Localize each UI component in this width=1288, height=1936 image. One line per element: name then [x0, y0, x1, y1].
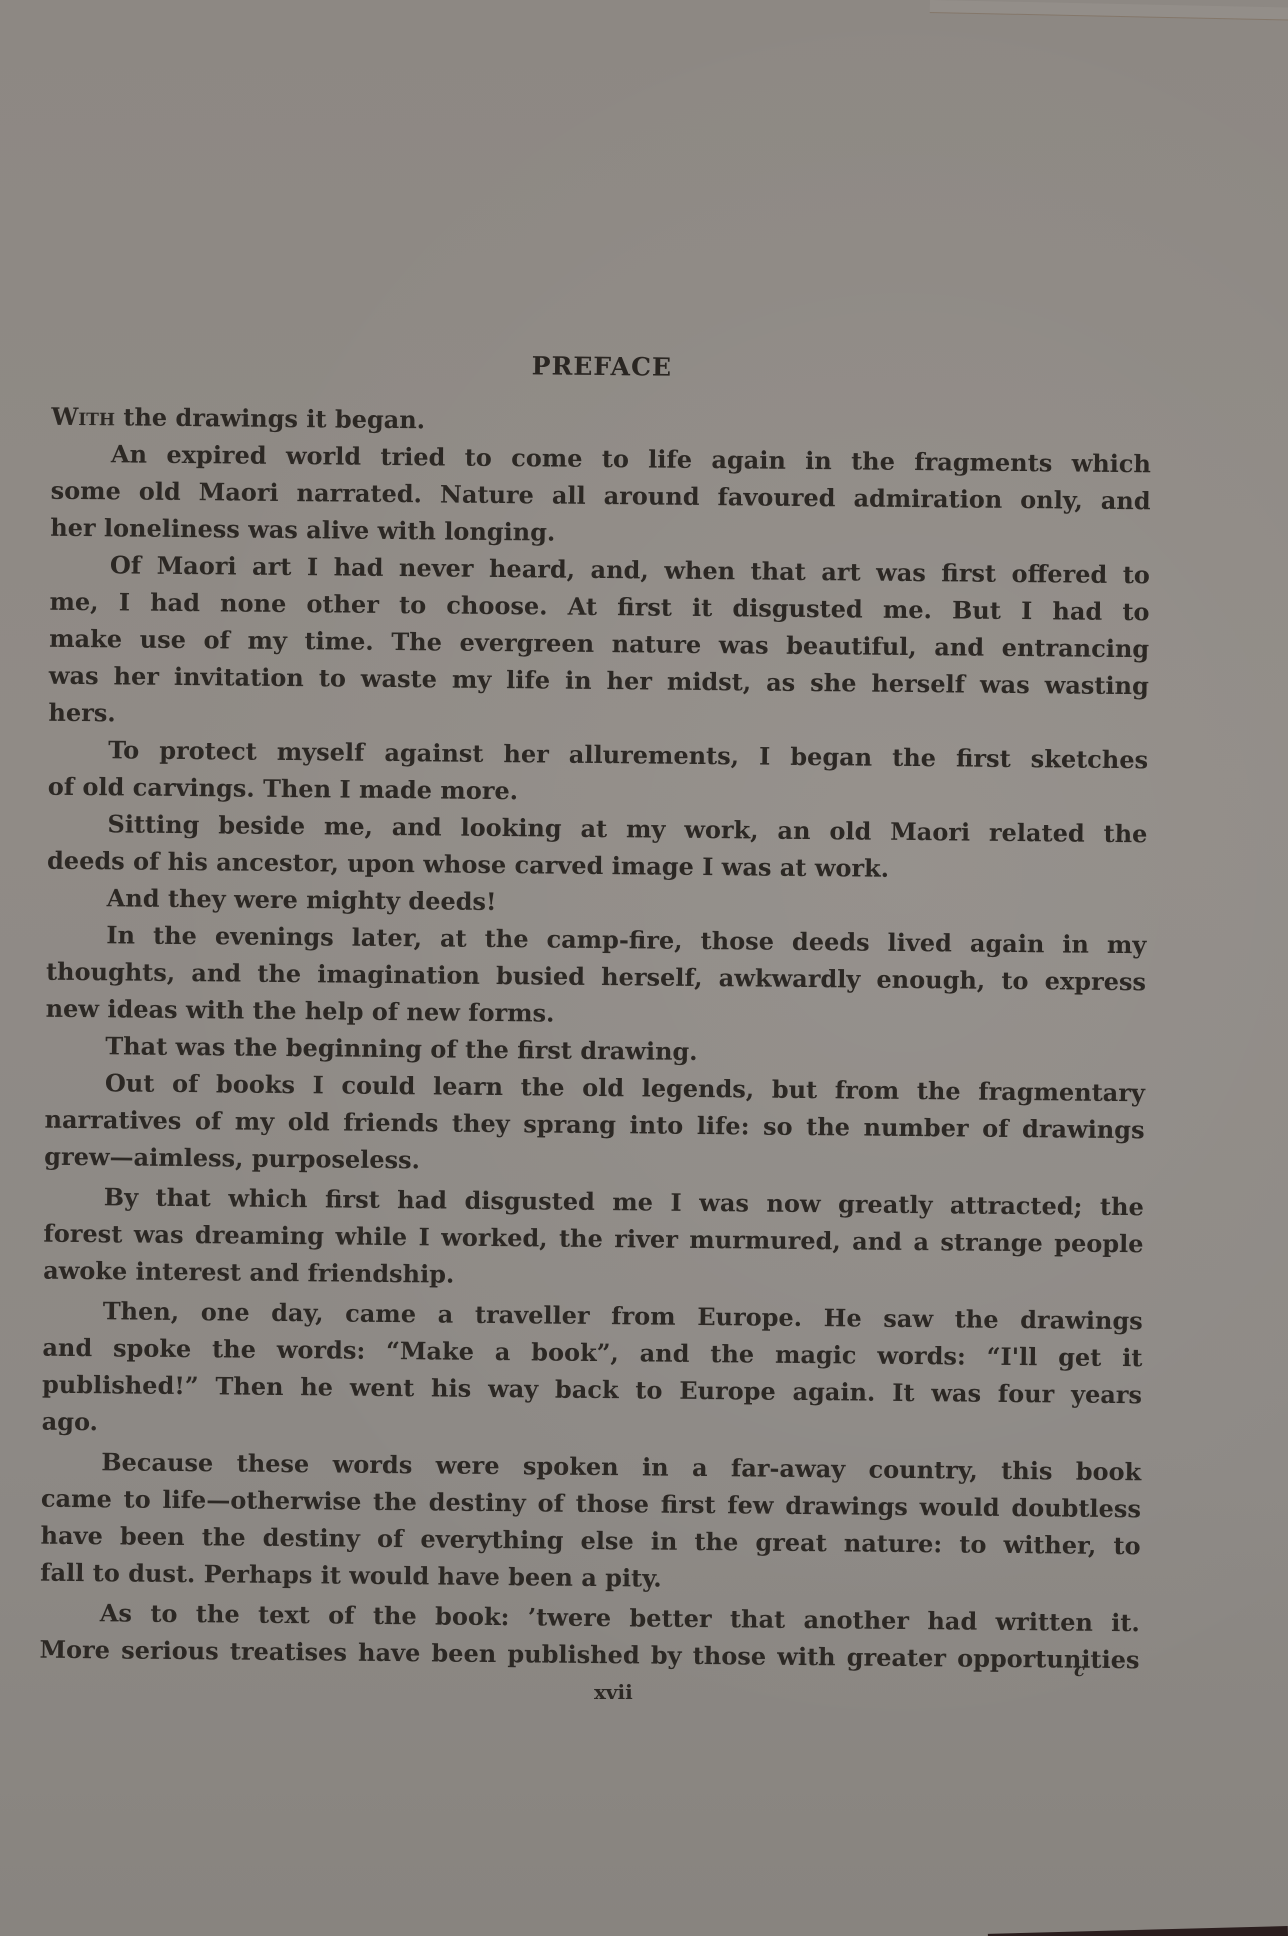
paragraph: Sitting beside me, and looking at my wor… [47, 805, 1148, 890]
paragraph: To protect myself against her allurement… [48, 731, 1149, 816]
paragraph: Out of books I could learn the old legen… [44, 1064, 1145, 1186]
paragraph: Then, one day, came a traveller from Eur… [42, 1292, 1143, 1451]
paragraph: Of Maori art I had never heard, and, whe… [48, 546, 1150, 742]
preface-text-block: PREFACE With the drawings it began.An ex… [39, 347, 1152, 1678]
preface-body: With the drawings it began.An expired wo… [39, 398, 1151, 1679]
paragraph: Because these words were spoken in a far… [40, 1443, 1141, 1602]
paragraph: As to the text of the book: ’twere bette… [39, 1594, 1140, 1679]
signature-mark: c [1074, 1660, 1085, 1681]
paragraph: By that which first had disgusted me I w… [43, 1178, 1144, 1300]
opening-word: With [51, 402, 123, 432]
page-number: xvii [594, 1680, 633, 1704]
paragraph: In the evenings later, at the camp-fire,… [45, 916, 1146, 1038]
paragraph: An expired world tried to come to life a… [50, 435, 1151, 557]
